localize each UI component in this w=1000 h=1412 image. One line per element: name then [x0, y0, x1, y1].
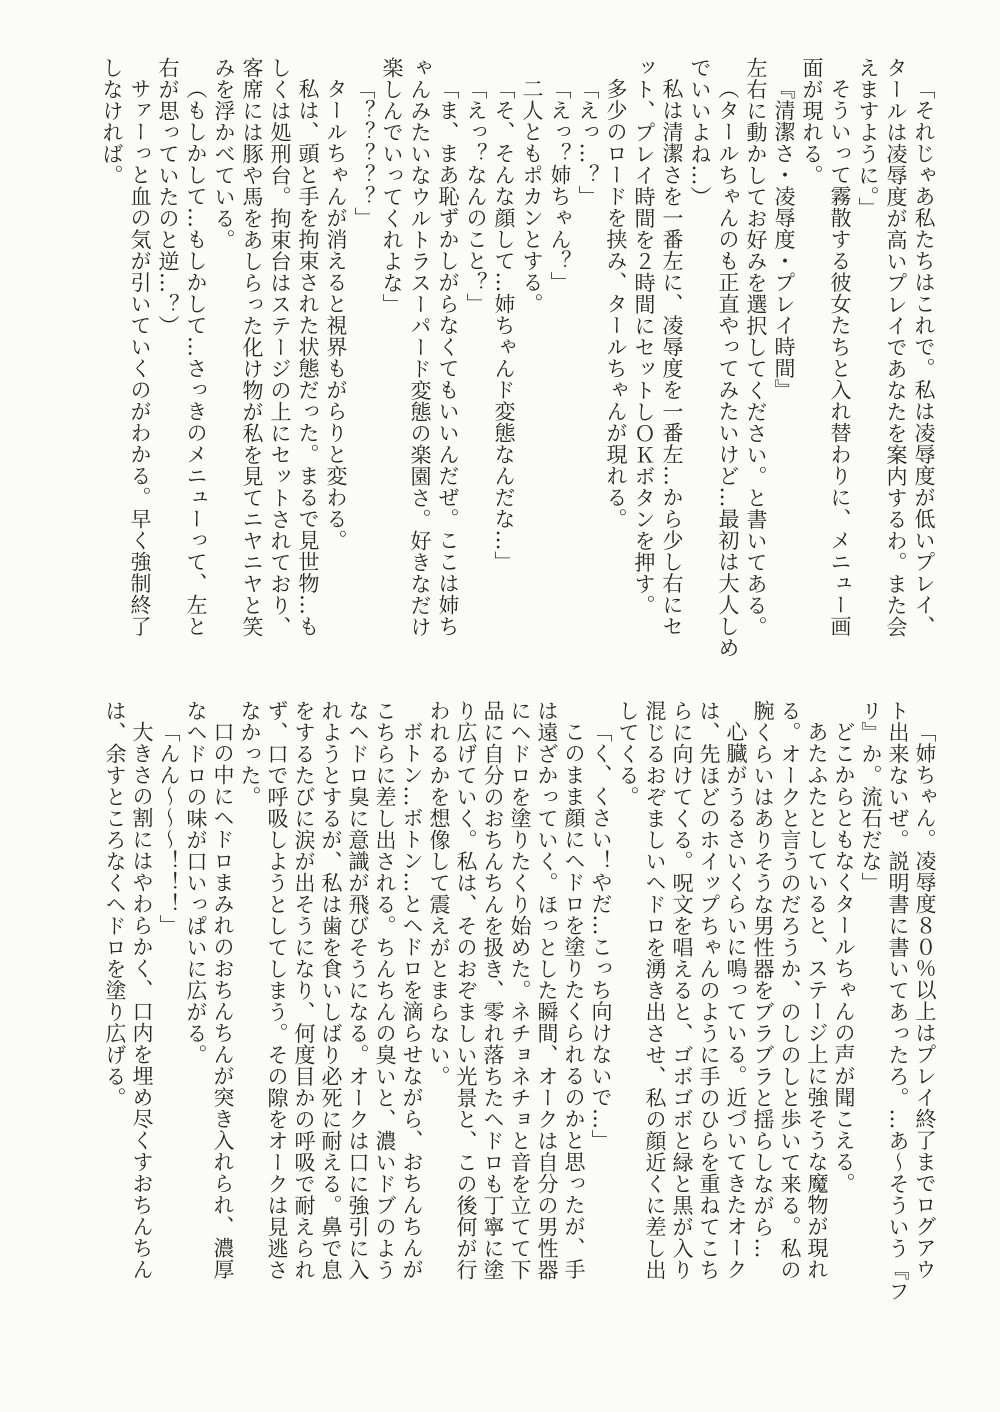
text-line: われるかを想像して震えがとまらない。	[425, 700, 452, 1364]
text-line: 客席には豚や馬をあしらった化け物が私を見てニヤニヤと笑	[238, 57, 266, 689]
text-line: どこからともなくタールちゃんの声が聞こえる。	[830, 700, 857, 1364]
text-line: は、余すところなくヘドロを塗り広げる。	[101, 700, 128, 1364]
text-line: 「えっ？姉ちゃん？」	[546, 57, 574, 689]
text-line: 混じるおぞましいヘドロを湧き出させ、私の顔近くに差し出	[641, 700, 668, 1364]
text-line: ず、口で呼吸しようとしてしまう。その隙をオークは見逃さ	[263, 700, 290, 1364]
text-line: 多少のロードを挟み、タールちゃんが現れる。	[602, 57, 630, 689]
text-line: 私は、頭と手を拘束された状態だった。まるで見世物…も	[294, 57, 322, 689]
text-line: 大きさの割にはやわらかく、口内を埋め尽くすおちんちん	[128, 700, 155, 1364]
text-line: 腕くらいはありそうな男性器をブラブラと揺らしながら…	[749, 700, 776, 1364]
text-line: （もしかして…もしかして…さっきのメニューって、左と	[182, 57, 210, 689]
text-line: らに向けてくる。呪文を唱えると、ゴボゴボと緑と黒が入り	[668, 700, 695, 1364]
text-line: 楽しんでいってくれよな」	[378, 57, 406, 689]
text-line: る。オークと言うのだろうか、のしのしと歩いて来る。私の	[776, 700, 803, 1364]
text-line: みを浮かべている。	[210, 57, 238, 689]
text-line: 「えっ…？」	[574, 57, 602, 689]
text-line: 「えっ？なんのこと？」	[462, 57, 490, 689]
text-line: は、先ほどのホイップちゃんのように手のひらを重ねてこち	[695, 700, 722, 1364]
text-line: 「それじゃあ私たちはこれで。私は凌辱度が低いプレイ、	[910, 57, 938, 689]
text-line: 「ま、まあ恥ずかしがらなくてもいいんだぜ。ここは姉ち	[434, 57, 462, 689]
novel-page: 「それじゃあ私たちはこれで。私は凌辱度が低いプレイ、タールは凌辱度が高いプレイで…	[0, 0, 1000, 1412]
text-line: リ』か。流石だな」	[857, 700, 884, 1364]
text-line: 左右に動かしてお好みを選択してください。と書いてある。	[742, 57, 770, 689]
text-line: 「姉ちゃん。凌辱度８０％以上はプレイ終了までログアウ	[911, 700, 938, 1364]
text-line: サァーっと血の気が引いていくのがわかる。早く強制終了	[126, 57, 154, 689]
text-line: なかった。	[236, 700, 263, 1364]
text-line: 口の中にヘドロまみれのおちんちんが突き入れられ、濃厚	[209, 700, 236, 1364]
text-line: 品に自分のおちんちんを扱き、零れ落ちたヘドロも丁寧に塗	[479, 700, 506, 1364]
text-block-top: 「それじゃあ私たちはこれで。私は凌辱度が低いプレイ、タールは凌辱度が高いプレイで…	[98, 57, 938, 689]
text-line: 右が思っていたのと逆…？）	[154, 57, 182, 689]
text-line: にヘドロを塗りたくり始めた。ネチョネチョと音を立てて下	[506, 700, 533, 1364]
text-line: えますように。」	[854, 57, 882, 689]
text-line: ゃんみたいなウルトラスーパード変態の楽園さ。好きなだけ	[406, 57, 434, 689]
text-line: なヘドロ臭に意識が飛びそうになる。オークは口に強引に入	[344, 700, 371, 1364]
text-line: 心臓がうるさいくらいに鳴っている。近づいてきたオーク	[722, 700, 749, 1364]
text-line: そういって霧散する彼女たちと入れ替わりに、メニュー画	[826, 57, 854, 689]
text-line: なヘドロの味が口いっぱいに広がる。	[182, 700, 209, 1364]
text-line: タールは凌辱度が高いプレイであなたを案内するわ。また会	[882, 57, 910, 689]
text-block-bottom: 「姉ちゃん。凌辱度８０％以上はプレイ終了までログアウト出来ないぜ。説明書に書いて…	[101, 700, 938, 1364]
text-line: しなければ。	[98, 57, 126, 689]
text-line: 「？？？？？」	[350, 57, 378, 689]
text-line: こちらに差し出される。ちんちんの臭いと、濃いドブのよう	[371, 700, 398, 1364]
text-line: （タールちゃんのも正直やってみたいけど…最初は大人しめ	[714, 57, 742, 689]
text-line: 私は清潔さを一番左に、凌辱度を一番左…から少し右にセ	[658, 57, 686, 689]
text-line: タールちゃんが消えると視界もがらりと変わる。	[322, 57, 350, 689]
text-line: ット、プレイ時間を２時間にセットしＯＫボタンを押す。	[630, 57, 658, 689]
text-line: れようとするが、私は歯を食いしばり必死に耐える。鼻で息	[317, 700, 344, 1364]
text-line: 「く、くさい！やだ…こっち向けないで…」	[587, 700, 614, 1364]
text-line: ト出来ないぜ。説明書に書いてあったろ。…あ～そういう『フ	[884, 700, 911, 1364]
text-line: してくる。	[614, 700, 641, 1364]
text-line: 「んん～～～！！！」	[155, 700, 182, 1364]
text-line: をするたびに涙が出そうになり、何度目かの呼吸で耐えられ	[290, 700, 317, 1364]
text-line: ボトン…ボトン…とヘドロを滴らせながら、おちんちんが	[398, 700, 425, 1364]
text-line: り広げていく。私は、そのおぞましい光景と、この後何が行	[452, 700, 479, 1364]
text-line: 「そ、そんな顔して…姉ちゃんド変態なんだな…」	[490, 57, 518, 689]
text-line: しくは処刑台。拘束台はステージの上にセットされており、	[266, 57, 294, 689]
text-line: 二人ともポカンとする。	[518, 57, 546, 689]
text-line: でいいよね…）	[686, 57, 714, 689]
text-line: このまま顔にヘドロを塗りたくられるのかと思ったが、手	[560, 700, 587, 1364]
text-line: 『清潔さ・凌辱度・プレイ時間』	[770, 57, 798, 689]
text-line: あたふたとしていると、ステージ上に強そうな魔物が現れ	[803, 700, 830, 1364]
text-line: は遠ざかっていく。ほっとした瞬間、オークは自分の男性器	[533, 700, 560, 1364]
text-line: 面が現れる。	[798, 57, 826, 689]
